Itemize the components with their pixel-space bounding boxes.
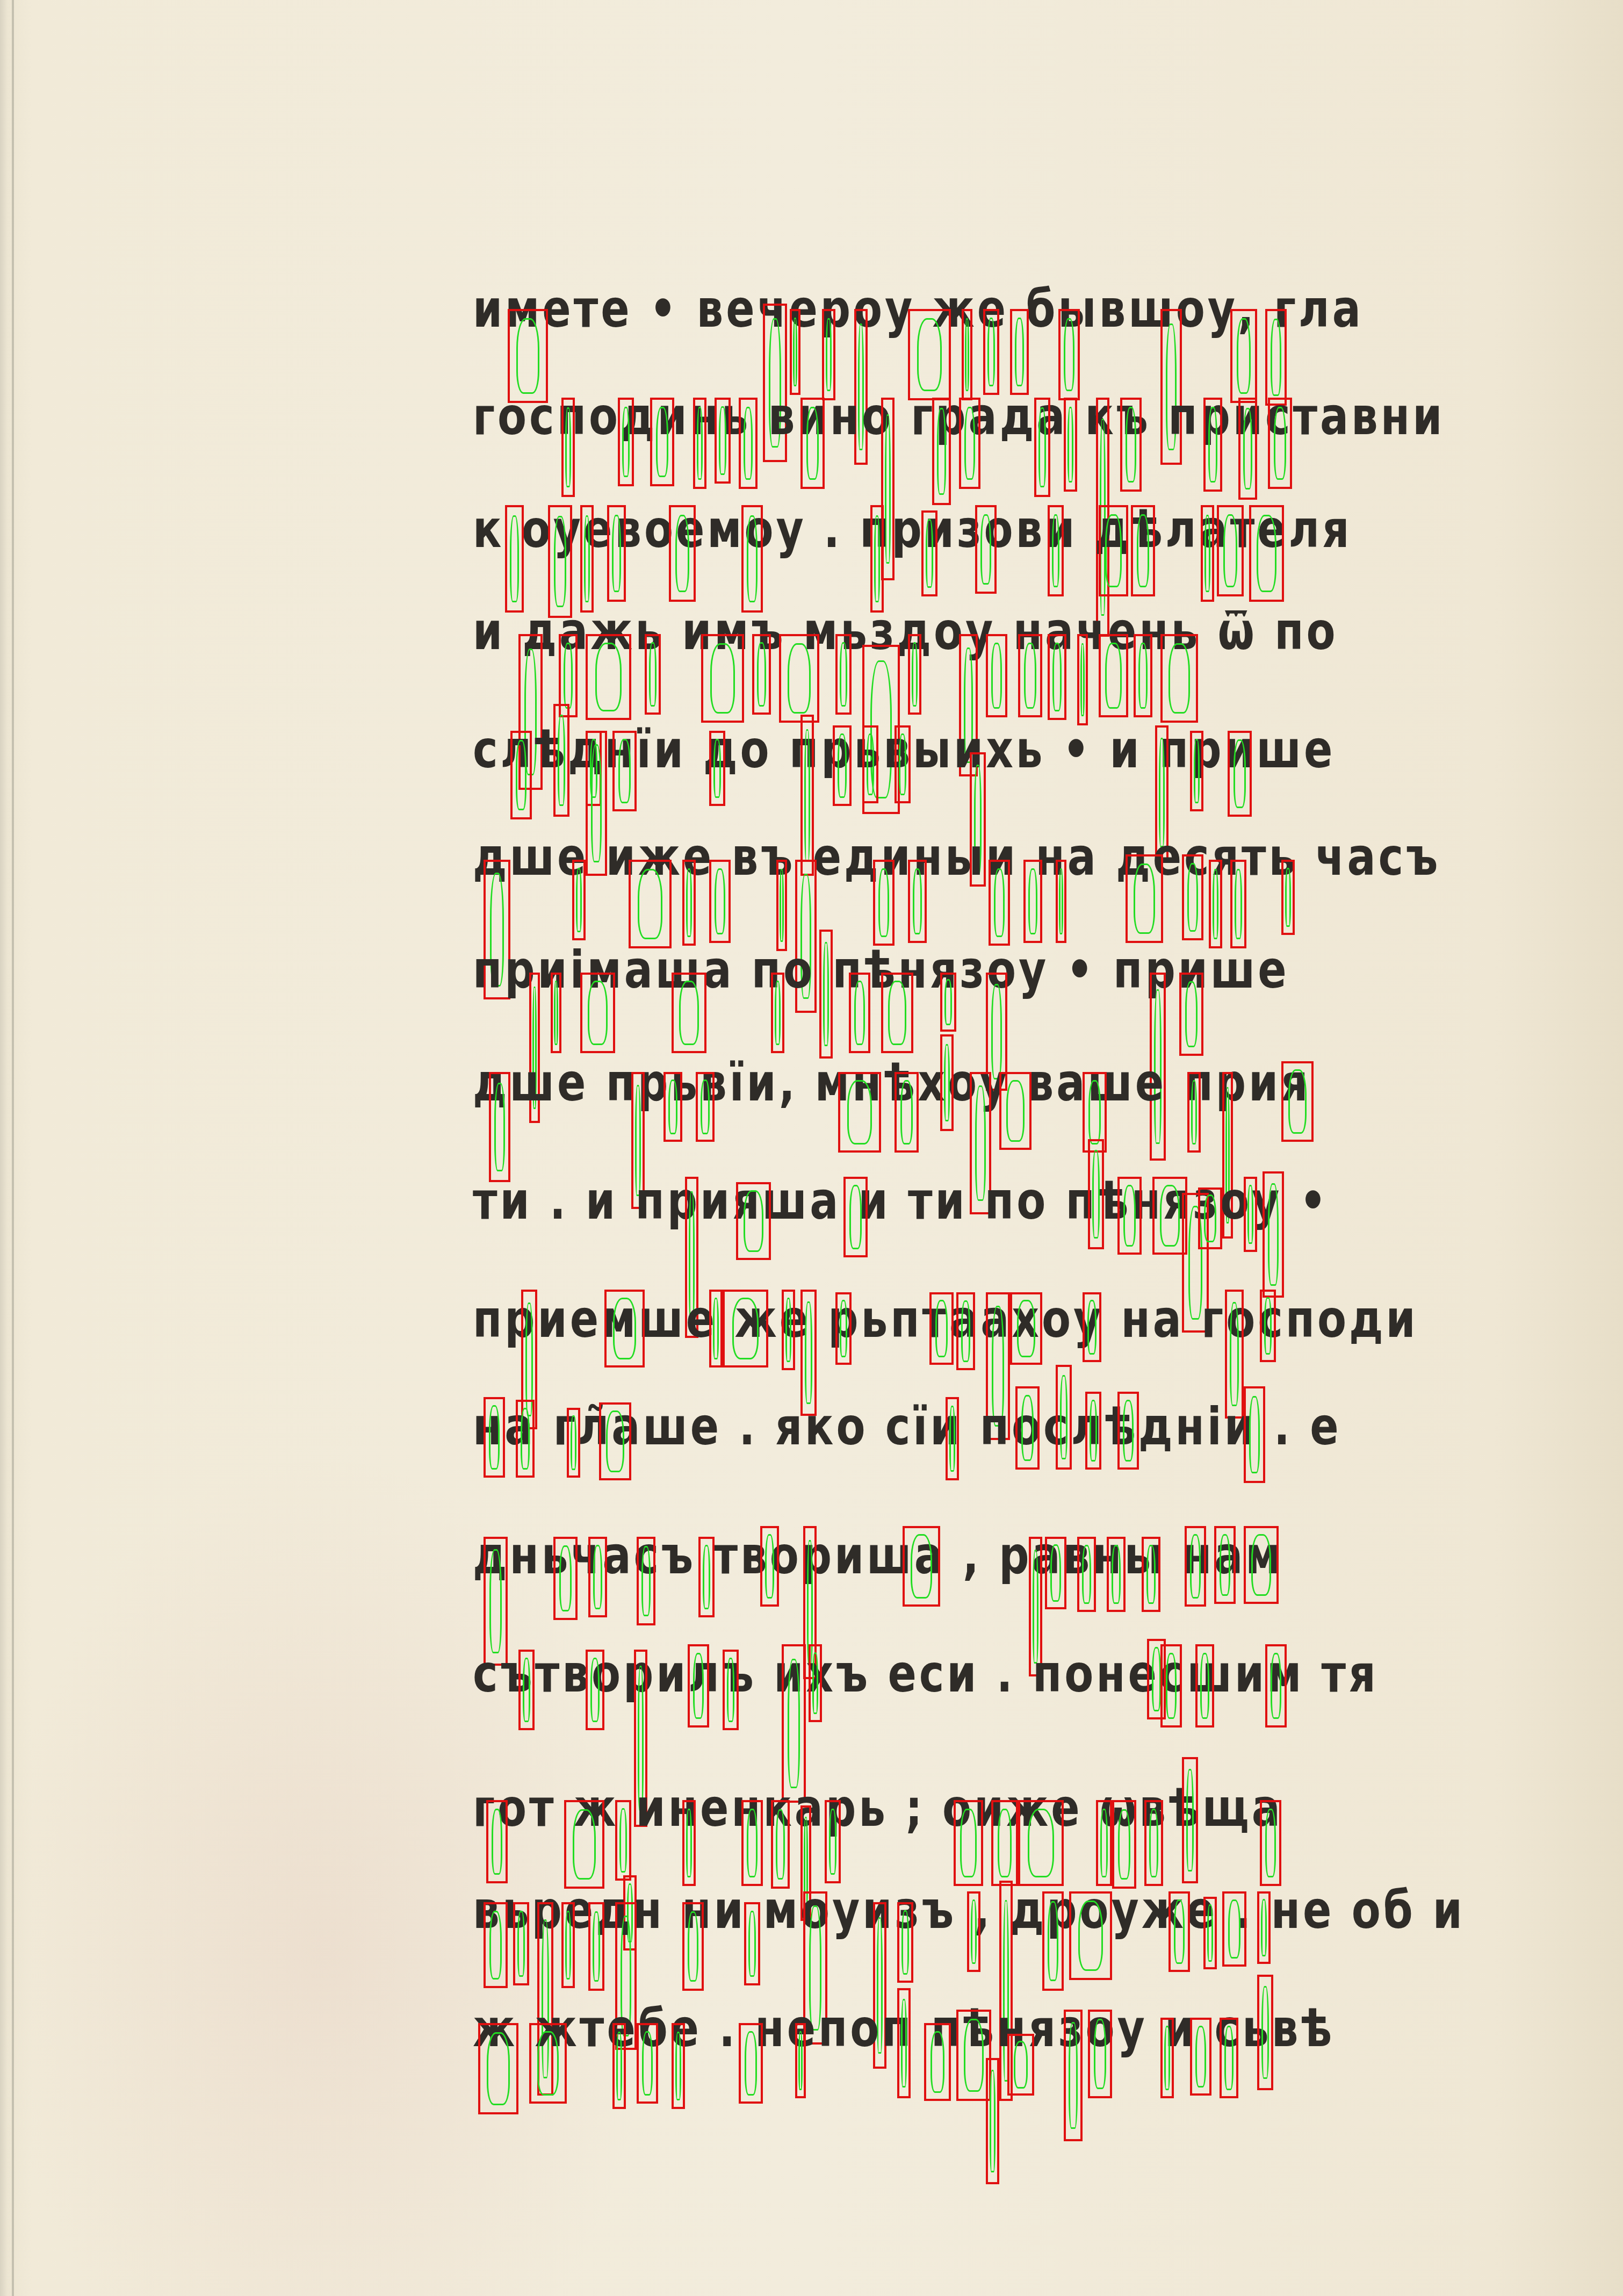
- character-bounding-box: [1281, 1061, 1314, 1142]
- character-bounding-box: [999, 1072, 1031, 1150]
- character-bounding-box: [553, 1537, 578, 1620]
- manuscript-page: имете • вечероу же бывшоу, глагосподинь …: [0, 0, 1623, 2296]
- character-bounding-box: [800, 398, 825, 489]
- character-bounding-box: [709, 1290, 723, 1367]
- character-bounding-box: [956, 1292, 975, 1370]
- character-bounding-box: [795, 2023, 806, 2098]
- character-bounding-box: [1015, 1386, 1040, 1470]
- character-bounding-box: [895, 1072, 919, 1153]
- text-line: ж жтебе . непоп пѣнязоу и сьвѣ: [473, 1977, 1504, 2074]
- character-bounding-box: [1190, 2018, 1211, 2096]
- character-bounding-box: [895, 725, 911, 803]
- character-bounding-box: [1085, 1392, 1101, 1470]
- character-bounding-box: [1160, 1644, 1182, 1728]
- character-bounding-box: [736, 1182, 771, 1260]
- character-bounding-box: [1117, 1177, 1142, 1255]
- character-bounding-box: [696, 1072, 715, 1142]
- character-bounding-box: [1198, 1187, 1222, 1249]
- character-bounding-box: [1007, 2034, 1034, 2096]
- character-bounding-box: [709, 731, 725, 806]
- text-line: гот ж иненкарь ; оиже ѡвѣща: [473, 1757, 1504, 1854]
- character-bounding-box: [1142, 1537, 1160, 1612]
- character-bounding-box: [599, 1402, 631, 1480]
- character-bounding-box: [940, 1034, 954, 1131]
- character-bounding-box: [1064, 398, 1077, 492]
- character-bounding-box: [809, 1644, 822, 1722]
- character-bounding-box: [782, 1290, 795, 1370]
- character-bounding-box: [1069, 1891, 1112, 1980]
- character-bounding-box: [484, 1397, 505, 1478]
- text-line: вьредн ни моуизъ , дроуже . не об и: [473, 1859, 1504, 1956]
- character-bounding-box: [672, 2023, 685, 2109]
- character-bounding-box: [1117, 1392, 1139, 1470]
- character-bounding-box: [1187, 1072, 1201, 1153]
- text-line: сътворилъ ихъ еси . понесшим тя: [473, 1623, 1504, 1719]
- character-bounding-box: [835, 1292, 852, 1365]
- character-bounding-box: [1088, 1139, 1104, 1249]
- character-bounding-box: [760, 1526, 779, 1607]
- character-bounding-box: [612, 2023, 626, 2109]
- character-bounding-box: [484, 1902, 508, 1988]
- character-bounding-box: [1265, 1644, 1287, 1728]
- character-bounding-box: [967, 1891, 980, 1972]
- character-bounding-box: [986, 2058, 999, 2184]
- character-bounding-box: [862, 725, 878, 803]
- text-line: дше иже въ единыи на десять часъ: [473, 806, 1504, 903]
- character-bounding-box: [1257, 1975, 1273, 2090]
- character-bounding-box: [586, 1650, 604, 1730]
- character-bounding-box: [1064, 2010, 1083, 2141]
- character-bounding-box: [1244, 1386, 1265, 1483]
- character-bounding-box: [1042, 1891, 1064, 1991]
- character-bounding-box: [612, 731, 637, 811]
- text-line: имете • вечероу же бывшоу, гла: [473, 258, 1504, 355]
- character-bounding-box: [1185, 1526, 1206, 1607]
- character-bounding-box: [1220, 2018, 1238, 2098]
- character-bounding-box: [604, 1290, 645, 1367]
- character-bounding-box: [478, 2023, 518, 2114]
- character-bounding-box: [1160, 2018, 1174, 2098]
- character-bounding-box: [637, 2023, 658, 2104]
- character-bounding-box: [723, 1290, 768, 1367]
- line-text: дше прьвїи, мнѣхоу ваше прия: [473, 1053, 1311, 1112]
- character-bounding-box: [567, 1408, 580, 1478]
- character-bounding-box: [588, 1537, 607, 1617]
- character-bounding-box: [1260, 1290, 1276, 1362]
- text-line: дньчасъ творишa , равны нам: [473, 1505, 1504, 1601]
- text-line: ти . и прияша и ти по пѣнязоу •: [473, 1150, 1504, 1247]
- character-bounding-box: [688, 1644, 709, 1728]
- character-bounding-box: [1214, 1526, 1236, 1604]
- line-text: дше иже въ единыи на десять часъ: [473, 827, 1440, 887]
- page-gutter-edge: [12, 0, 14, 2296]
- character-bounding-box: [739, 398, 758, 489]
- character-bounding-box: [723, 1650, 739, 1730]
- character-bounding-box: [715, 398, 731, 484]
- line-text: сътворилъ ихъ еси . понесшим тя: [473, 1644, 1379, 1703]
- character-bounding-box: [529, 2023, 567, 2104]
- character-bounding-box: [618, 398, 634, 486]
- character-bounding-box: [1244, 1177, 1257, 1252]
- character-bounding-box: [1222, 1891, 1246, 1967]
- character-bounding-box: [924, 2023, 951, 2101]
- character-bounding-box: [739, 2023, 763, 2104]
- character-bounding-box: [693, 398, 706, 489]
- character-bounding-box: [903, 1526, 940, 1607]
- character-bounding-box: [1083, 1292, 1101, 1362]
- character-bounding-box: [1203, 1897, 1217, 1969]
- text-line: дше прьвїи, мнѣхоу ваше прия: [473, 1032, 1504, 1128]
- character-bounding-box: [897, 1902, 913, 1983]
- text-line: господинь вино града къ приставни: [473, 365, 1504, 462]
- character-bounding-box: [663, 1072, 682, 1142]
- character-bounding-box: [1257, 1891, 1271, 1964]
- character-bounding-box: [1195, 1644, 1214, 1728]
- text-line: приемше же рьптаахоу на господи: [473, 1268, 1504, 1365]
- character-bounding-box: [833, 725, 852, 806]
- character-bounding-box: [1120, 398, 1142, 492]
- character-bounding-box: [1203, 398, 1222, 492]
- character-bounding-box: [1107, 1537, 1126, 1612]
- character-bounding-box: [1045, 1537, 1066, 1609]
- character-bounding-box: [940, 973, 956, 1032]
- character-bounding-box: [561, 1902, 575, 1988]
- character-bounding-box: [897, 1988, 911, 2098]
- character-bounding-box: [1168, 1891, 1190, 1972]
- character-bounding-box: [959, 398, 980, 489]
- character-bounding-box: [1190, 731, 1203, 811]
- character-bounding-box: [946, 1397, 959, 1480]
- character-bounding-box: [1056, 1365, 1072, 1470]
- character-bounding-box: [518, 1650, 535, 1730]
- character-bounding-box: [553, 704, 569, 817]
- character-bounding-box: [1088, 2010, 1112, 2098]
- character-bounding-box: [838, 1072, 881, 1153]
- character-bounding-box: [843, 1177, 868, 1257]
- character-bounding-box: [744, 1902, 760, 1985]
- character-bounding-box: [1268, 398, 1292, 489]
- text-line: и дажь имъ мьздоу начень ѿ по: [473, 580, 1504, 677]
- text-line: на гл̃аше . яко сїи послѣдніи . е: [473, 1376, 1504, 1472]
- character-bounding-box: [698, 1537, 715, 1617]
- character-bounding-box: [513, 1902, 529, 1985]
- character-bounding-box: [1244, 1526, 1279, 1604]
- text-line: приімаша по пѣнязоу • прише: [473, 919, 1504, 1016]
- character-bounding-box: [1228, 731, 1252, 817]
- character-bounding-box: [929, 1292, 954, 1365]
- text-line: к оуевоемоу . призови дѣлателя: [473, 478, 1504, 575]
- character-bounding-box: [637, 1537, 655, 1625]
- character-bounding-box: [1077, 1537, 1096, 1612]
- character-bounding-box: [516, 1400, 535, 1478]
- character-bounding-box: [650, 398, 674, 486]
- character-bounding-box: [1010, 1292, 1042, 1365]
- text-line: слѣднїи до прьвыихь • и прише: [473, 699, 1504, 795]
